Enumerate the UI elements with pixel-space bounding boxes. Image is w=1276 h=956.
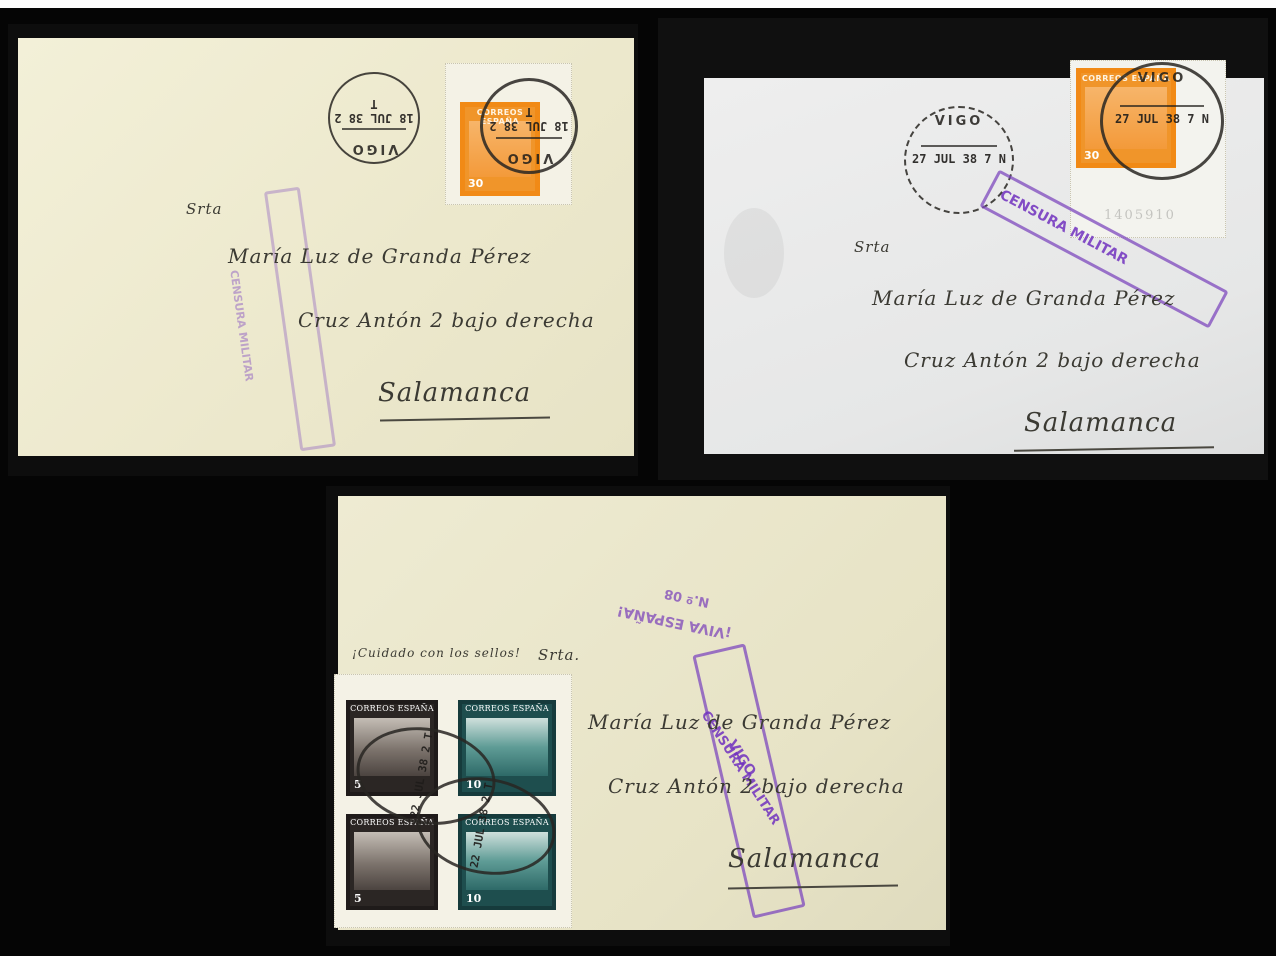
salutation: Srta bbox=[854, 238, 890, 256]
envelope-paper: VIGO 27 JUL 38 7 N 1405910 CORREOS ESPAÑ… bbox=[704, 78, 1264, 454]
postmark-bar bbox=[1120, 105, 1205, 107]
postmark-town: VIGO bbox=[906, 114, 1012, 129]
stamp-country: CORREOS ESPAÑA bbox=[350, 704, 434, 713]
mourning-cover-3: ¡Cuidado con los sellos! Srta. ¡VIVA ESP… bbox=[326, 486, 950, 946]
postmark-date: 18 JUL 38 2 T bbox=[330, 97, 418, 125]
slogan-number: N.º 08 bbox=[663, 585, 711, 609]
city: Salamanca bbox=[378, 378, 531, 408]
salutation: Srta bbox=[186, 200, 222, 218]
smudge bbox=[724, 208, 784, 298]
addressee-name: María Luz de Granda Pérez bbox=[588, 710, 891, 734]
mourning-cover-1: VIGO 18 JUL 38 2 T CORREOS ESPAÑA 30 VIG… bbox=[8, 24, 638, 476]
vigo-postmark-on-stamp: VIGO 27 JUL 38 7 N bbox=[1100, 62, 1224, 180]
addressee-name: María Luz de Granda Pérez bbox=[228, 244, 531, 268]
margin-control-number: 1405910 bbox=[1104, 208, 1176, 223]
postmark-date: 18 JUL 38 2 T bbox=[483, 105, 575, 133]
postmark-town: VIGO bbox=[483, 150, 575, 165]
stamp-value: 10 bbox=[466, 892, 481, 905]
postmark-date: 22 JUL 38 2 T bbox=[468, 780, 496, 871]
postmark-town: VIGO bbox=[1103, 71, 1221, 86]
envelope-paper: VIGO 18 JUL 38 2 T CORREOS ESPAÑA 30 VIG… bbox=[18, 38, 634, 456]
stamp-value: 30 bbox=[468, 177, 483, 190]
censor-text: CENSURA MILITAR bbox=[227, 269, 255, 382]
city: Salamanca bbox=[728, 844, 881, 874]
city-underline bbox=[380, 417, 550, 422]
mourning-cover-2: VIGO 27 JUL 38 7 N 1405910 CORREOS ESPAÑ… bbox=[658, 18, 1268, 480]
stamp-value: 5 bbox=[354, 892, 362, 905]
city: Salamanca bbox=[1024, 408, 1177, 438]
salutation: Srta. bbox=[538, 646, 580, 664]
postmark-date: 27 JUL 38 7 N bbox=[1103, 112, 1221, 126]
postmark-bar bbox=[921, 145, 997, 147]
postmark-date: 27 JUL 38 7 N bbox=[906, 152, 1012, 166]
envelope-paper: ¡Cuidado con los sellos! Srta. ¡VIVA ESP… bbox=[338, 496, 946, 930]
street-address: Cruz Antón 2 bajo derecha bbox=[298, 308, 595, 332]
city-underline bbox=[1014, 446, 1214, 451]
viva-espana-slogan: ¡VIVA ESPAÑA! bbox=[616, 602, 733, 642]
stamp-value: 30 bbox=[1084, 149, 1099, 162]
vigo-postmark-on-stamp: VIGO 18 JUL 38 2 T bbox=[480, 78, 578, 174]
postmark-bar bbox=[342, 128, 405, 130]
postmark-bar bbox=[496, 137, 562, 139]
handwritten-note: ¡Cuidado con los sellos! bbox=[352, 646, 521, 660]
stamp-country: CORREOS ESPAÑA bbox=[462, 704, 552, 713]
street-address: Cruz Antón 2 bajo derecha bbox=[608, 774, 905, 798]
stamp-vignette bbox=[354, 832, 430, 890]
addressee-name: María Luz de Granda Pérez bbox=[872, 286, 1175, 310]
vigo-postmark: VIGO 18 JUL 38 2 T bbox=[328, 72, 420, 164]
street-address: Cruz Antón 2 bajo derecha bbox=[904, 348, 1201, 372]
postmark-town: VIGO bbox=[330, 141, 418, 156]
